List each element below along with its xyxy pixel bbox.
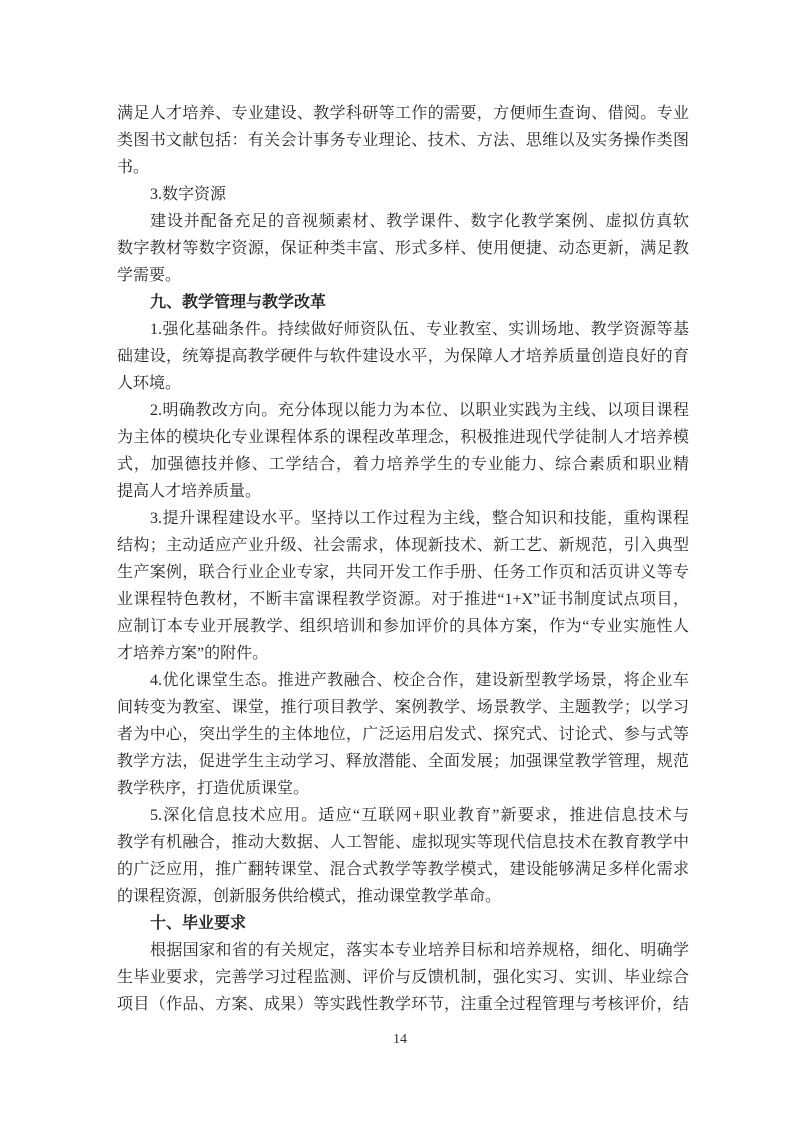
paragraph: 建设并配备充足的音视频素材、教学课件、数字化教学案例、虚拟仿真软件、数字教材等数… <box>117 208 689 289</box>
paragraph: 1.强化基础条件。持续做好师资队伍、专业教室、实训场地、教学资源等基础建设，统筹… <box>117 316 689 397</box>
text-line: 的课程资源，创新服务供给模式，推动课堂教学革命。 <box>117 883 689 910</box>
text-line: 学需要。 <box>117 262 689 289</box>
text-line: 根据国家和省的有关规定，落实本专业培养目标和培养规格，细化、明确学 <box>117 937 689 964</box>
text-line: 项目（作品、方案、成果）等实践性教学环节，注重全过程管理与考核评价，结 <box>117 991 689 1018</box>
text-line: 九、教学管理与教学改革 <box>117 289 689 316</box>
paragraph: 4.优化课堂生态。推进产教融合、校企合作，建设新型教学场景，将企业车间转变为教室… <box>117 667 689 802</box>
text-line: 生产案例，联合行业企业专家，共同开发工作手册、任务工作页和活页讲义等专 <box>117 559 689 586</box>
text-line: 式，加强德技并修、工学结合，着力培养学生的专业能力、综合素质和职业精神， <box>117 451 689 478</box>
document-body: 满足人才培养、专业建设、教学科研等工作的需要，方便师生查询、借阅。专业类图书文献… <box>117 100 689 1018</box>
text-line: 3.提升课程建设水平。坚持以工作过程为主线，整合知识和技能，重构课程 <box>117 505 689 532</box>
text-line: 2.明确教改方向。充分体现以能力为本位、以职业实践为主线、以项目课程 <box>117 397 689 424</box>
text-line: 间转变为教室、课堂，推行项目教学、案例教学、场景教学、主题教学；以学习 <box>117 694 689 721</box>
text-line: 1.强化基础条件。持续做好师资队伍、专业教室、实训场地、教学资源等基 <box>117 316 689 343</box>
document-page: 满足人才培养、专业建设、教学科研等工作的需要，方便师生查询、借阅。专业类图书文献… <box>0 0 800 1131</box>
paragraph: 3.提升课程建设水平。坚持以工作过程为主线，整合知识和技能，重构课程结构；主动适… <box>117 505 689 667</box>
paragraph: 满足人才培养、专业建设、教学科研等工作的需要，方便师生查询、借阅。专业类图书文献… <box>117 100 689 181</box>
text-line: 才培养方案”的附件。 <box>117 640 689 667</box>
text-line: 教学方法，促进学生主动学习、释放潜能、全面发展；加强课堂教学管理，规范 <box>117 748 689 775</box>
text-line: 3.数字资源 <box>117 181 689 208</box>
text-line: 教学秩序，打造优质课堂。 <box>117 775 689 802</box>
text-line: 4.优化课堂生态。推进产教融合、校企合作，建设新型教学场景，将企业车 <box>117 667 689 694</box>
paragraph: 根据国家和省的有关规定，落实本专业培养目标和培养规格，细化、明确学生毕业要求，完… <box>117 937 689 1018</box>
text-line: 书。 <box>117 154 689 181</box>
text-line: 业课程特色教材，不断丰富课程教学资源。对于推进“1+X”证书制度试点项目， <box>117 586 689 613</box>
text-line: 应制订本专业开展教学、组织培训和参加评价的具体方案，作为“专业实施性人 <box>117 613 689 640</box>
text-line: 为主体的模块化专业课程体系的课程改革理念，积极推进现代学徒制人才培养模 <box>117 424 689 451</box>
text-line: 5.深化信息技术应用。适应“互联网+职业教育”新要求，推进信息技术与 <box>117 802 689 829</box>
text-line: 提高人才培养质量。 <box>117 478 689 505</box>
section-heading: 九、教学管理与教学改革 <box>117 289 689 316</box>
text-line: 数字教材等数字资源，保证种类丰富、形式多样、使用便捷、动态更新，满足教 <box>117 235 689 262</box>
text-line: 础建设，统筹提高教学硬件与软件建设水平，为保障人才培养质量创造良好的育 <box>117 343 689 370</box>
paragraph: 3.数字资源 <box>117 181 689 208</box>
paragraph: 5.深化信息技术应用。适应“互联网+职业教育”新要求，推进信息技术与教学有机融合… <box>117 802 689 910</box>
text-line: 结构；主动适应产业升级、社会需求，体现新技术、新工艺、新规范，引入典型 <box>117 532 689 559</box>
text-line: 人环境。 <box>117 370 689 397</box>
text-line: 十、毕业要求 <box>117 910 689 937</box>
text-line: 者为中心，突出学生的主体地位，广泛运用启发式、探究式、讨论式、参与式等 <box>117 721 689 748</box>
text-line: 满足人才培养、专业建设、教学科研等工作的需要，方便师生查询、借阅。专业 <box>117 100 689 127</box>
text-line: 教学有机融合，推动大数据、人工智能、虚拟现实等现代信息技术在教育教学中 <box>117 829 689 856</box>
text-line: 类图书文献包括：有关会计事务专业理论、技术、方法、思维以及实务操作类图 <box>117 127 689 154</box>
page-number: 14 <box>0 1032 800 1048</box>
paragraph: 2.明确教改方向。充分体现以能力为本位、以职业实践为主线、以项目课程为主体的模块… <box>117 397 689 505</box>
text-line: 建设并配备充足的音视频素材、教学课件、数字化教学案例、虚拟仿真软件、 <box>117 208 689 235</box>
text-line: 生毕业要求，完善学习过程监测、评价与反馈机制，强化实习、实训、毕业综合 <box>117 964 689 991</box>
section-heading: 十、毕业要求 <box>117 910 689 937</box>
text-line: 的广泛应用，推广翻转课堂、混合式教学等教学模式，建设能够满足多样化需求 <box>117 856 689 883</box>
